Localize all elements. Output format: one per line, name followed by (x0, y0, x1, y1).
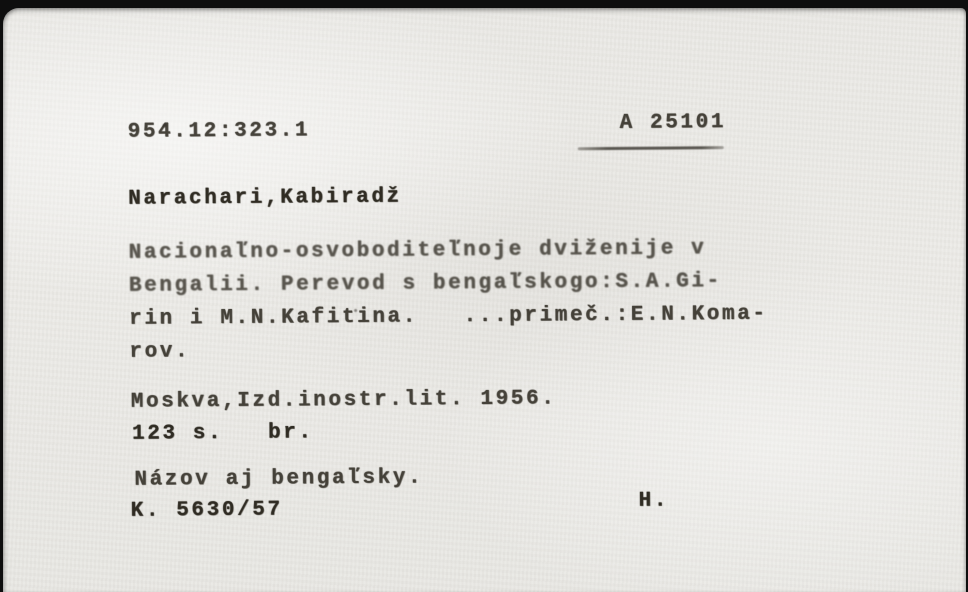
typed-text-layer: 954.12:323.1 A 25101 Narachari,Kabiradž … (1, 4, 968, 592)
title-line-2: Bengalii. Perevod s bengaľskogo:S.A.Gi- (129, 265, 722, 303)
binding-note: br. (268, 421, 314, 444)
title-line-1: Nacionaľno-osvoboditeľnoje dviženije v (128, 232, 706, 270)
filing-mark: H. (638, 490, 669, 513)
classification-number: 954.12:323.1 (128, 119, 311, 143)
imprint-line: Moskva,Izd.inostr.lit. 1956. (131, 387, 557, 413)
accession-underline (578, 146, 724, 150)
title-statement: Nacionaľno-osvoboditeľnoje dviženije v B… (1, 4, 964, 12)
language-note: Názov aj bengaľsky. (134, 466, 423, 491)
author-heading: Narachari,Kabiradž (128, 186, 402, 211)
title-line-4: rov. (129, 335, 190, 368)
record-number: K. 5630/57 (131, 499, 283, 523)
accession-number: A 25101 (620, 111, 727, 135)
scanned-photo: 954.12:323.1 A 25101 Narachari,Kabiradž … (0, 0, 968, 592)
paper-speck (163, 123, 167, 127)
pagination: 123 s. (132, 422, 223, 446)
title-line-3: rin i M.N.Kafitina. ...primeč.:E.N.Koma- (129, 298, 768, 336)
catalog-card: 954.12:323.1 A 25101 Narachari,Kabiradž … (3, 8, 966, 592)
